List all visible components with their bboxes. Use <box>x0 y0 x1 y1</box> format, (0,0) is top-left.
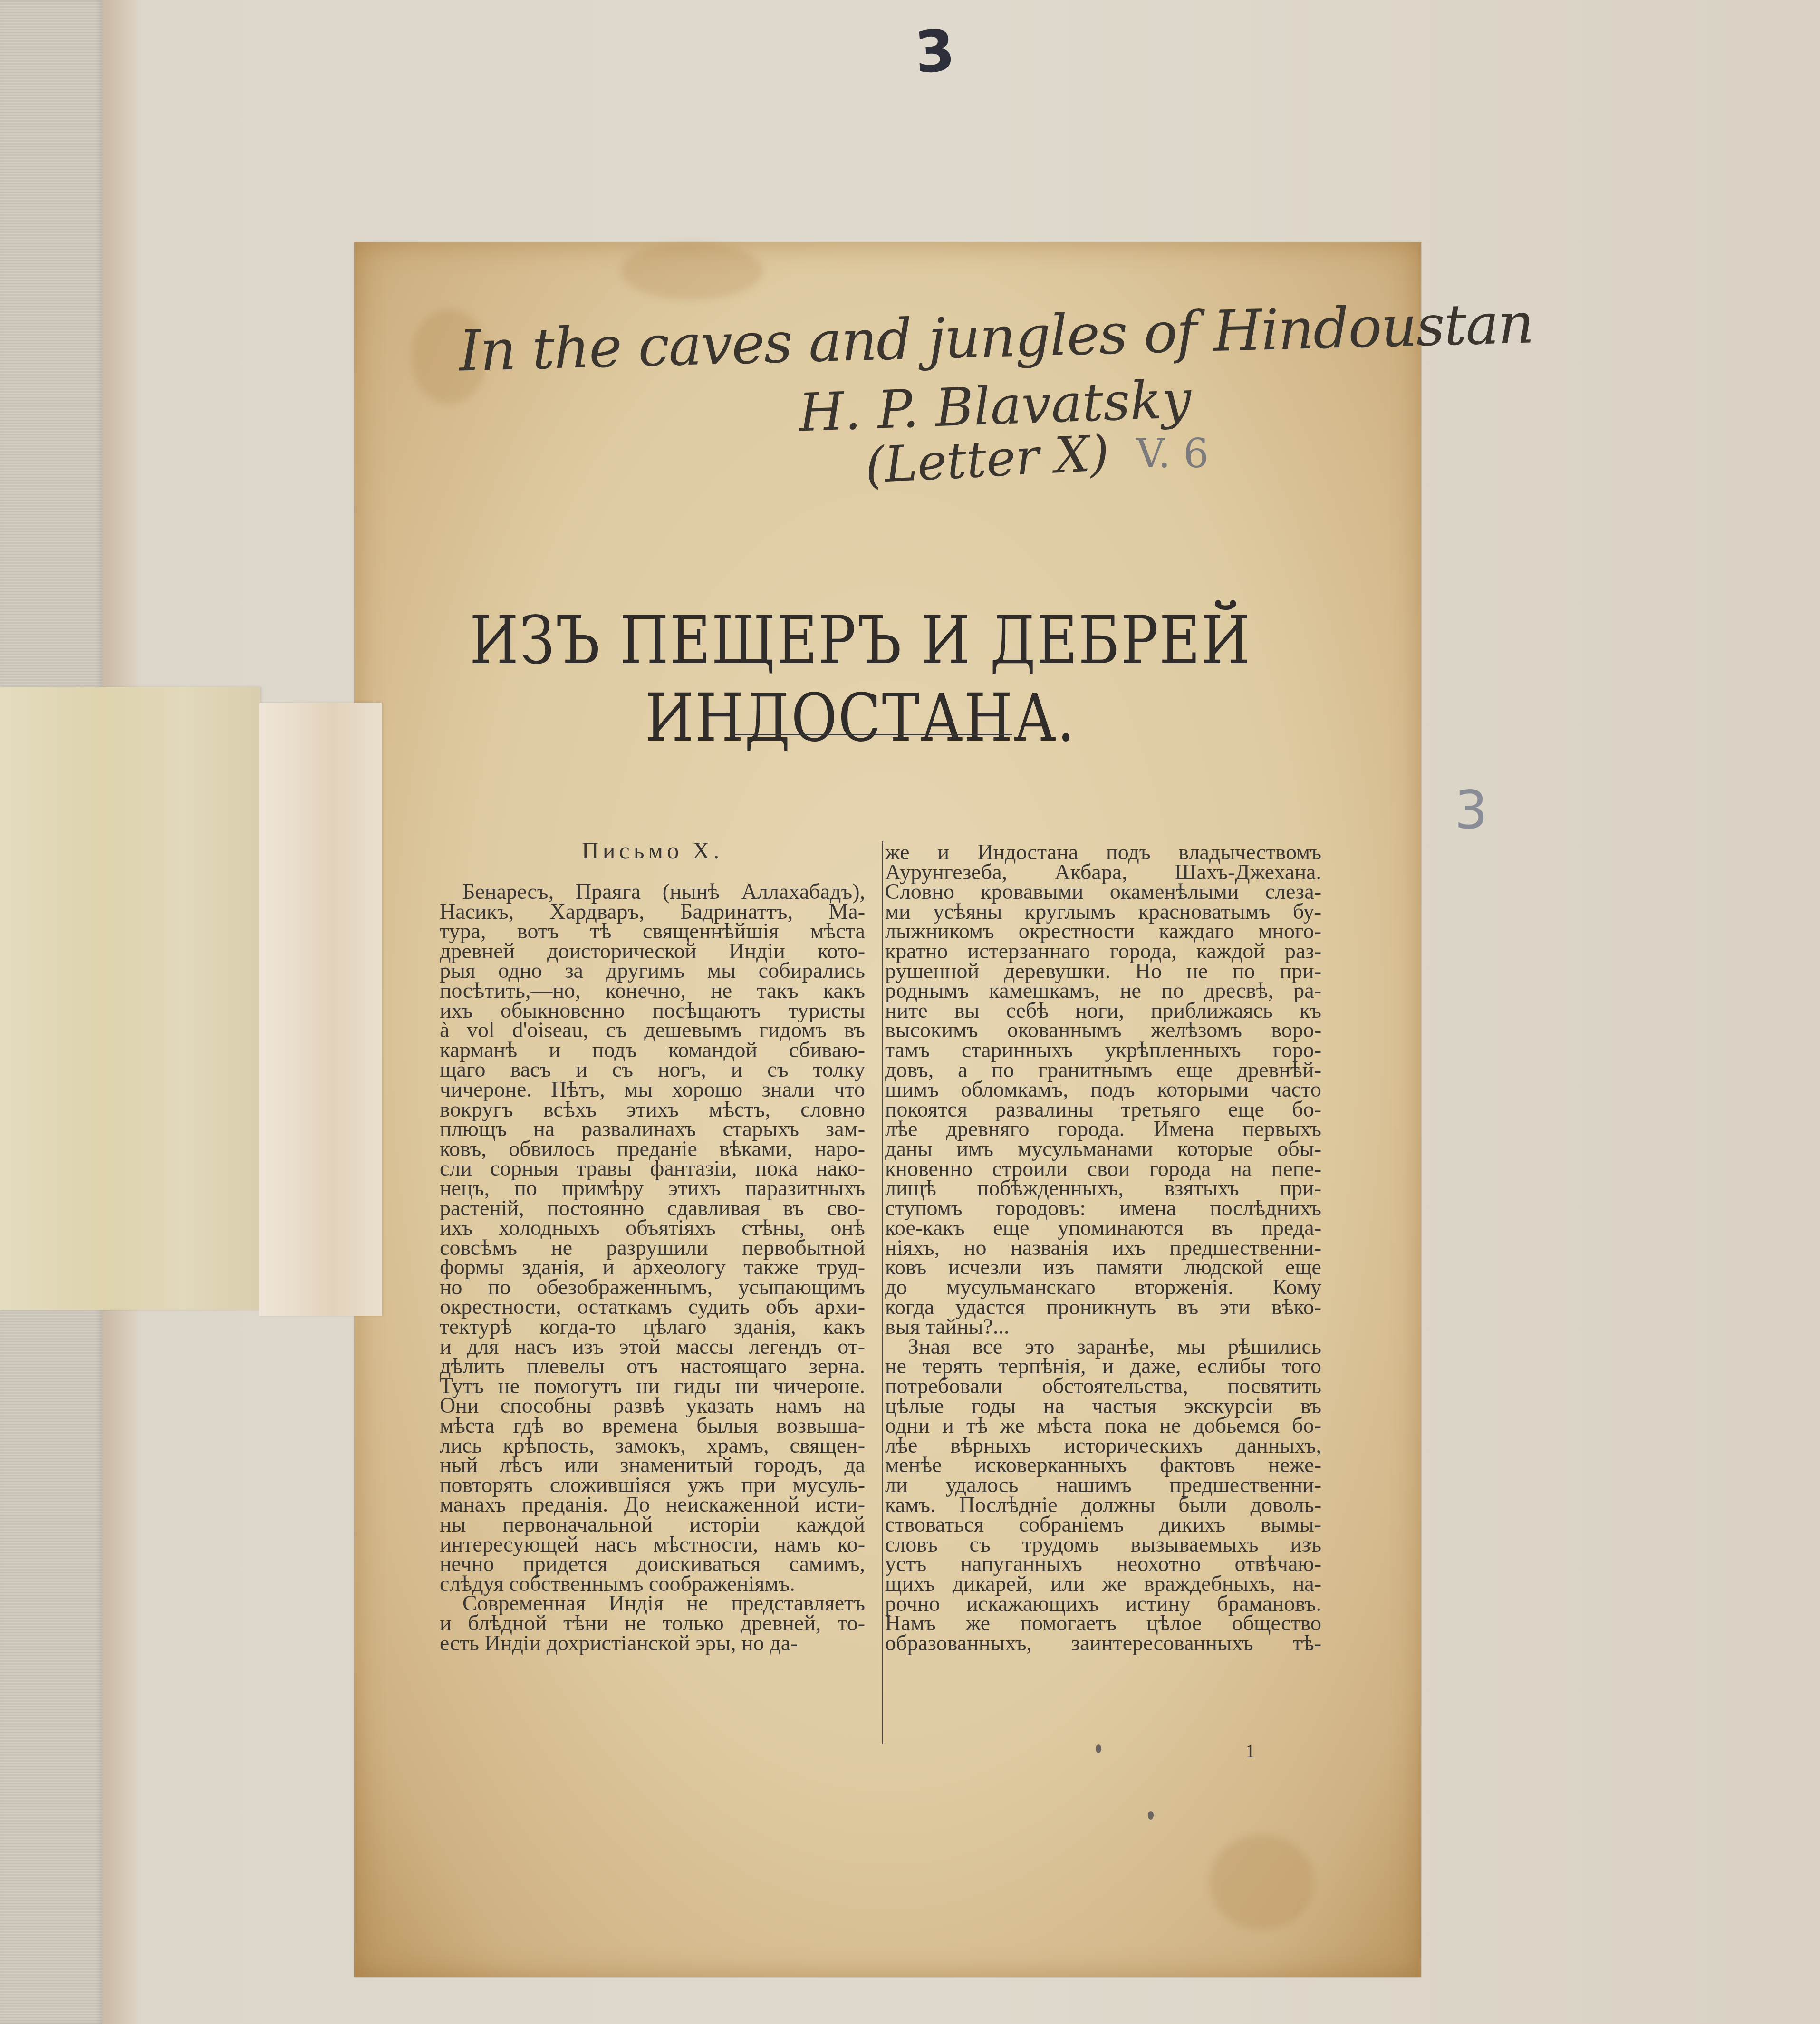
text-line: тектурѣ когда-то цѣлаго зданія, какъ <box>440 1317 865 1337</box>
text-line: довъ, а по гранитнымъ еще древнѣй- <box>885 1060 1321 1080</box>
text-line: Бенаресъ, Праяга (нынѣ Аллахабадъ), <box>440 882 865 902</box>
text-line: же и Индостана подъ владычествомъ <box>885 842 1321 862</box>
text-line: одни и тѣ же мѣста пока не добьемся бо- <box>885 1416 1321 1436</box>
right-column: же и Индостана подъ владычествомъАурунге… <box>885 842 1321 1653</box>
text-line: Словно кровавыми окаменѣлыми слеза- <box>885 882 1321 902</box>
text-line: когда удастся проникнуть въ эти вѣко- <box>885 1297 1321 1317</box>
text-line: образованныхъ, заинтересованныхъ тѣ- <box>885 1633 1321 1653</box>
text-line: ны первоначальной исторіи каждой <box>440 1514 865 1534</box>
text-line: Зная все это заранѣе, мы рѣшились <box>885 1337 1321 1357</box>
text-line: интересующей насъ мѣстности, намъ ко- <box>440 1534 865 1554</box>
text-line: формы зданія, и археологу также труд- <box>440 1257 865 1277</box>
text-line: даны имъ мусульманами которые обы- <box>885 1139 1321 1159</box>
page-footer-number: 1 <box>1245 1740 1255 1762</box>
text-line: роднымъ камешкамъ, не по дресвѣ, ра- <box>885 981 1321 1001</box>
text-line: выя тайны?... <box>885 1317 1321 1337</box>
text-line: устъ напуганныхъ неохотно отвѣчаю- <box>885 1554 1321 1574</box>
text-line: ми усѣяны круглымъ красноватымъ бу- <box>885 902 1321 922</box>
text-line: карманѣ и подъ командой сбиваю- <box>440 1040 865 1060</box>
text-line: Они способны развѣ указать намъ на <box>440 1396 865 1416</box>
text-line: до мусульманскаго вторженія. Кому <box>885 1277 1321 1297</box>
text-line: растеній, постоянно сдавливая въ сво- <box>440 1198 865 1218</box>
printed-title: ИЗЪ ПЕЩЕРЪ И ДЕБРЕЙ ИНДОСТАНА. <box>456 601 1264 756</box>
text-line: совсѣмъ не разрушили первобытной <box>440 1238 865 1258</box>
text-line: но по обезображеннымъ, усыпающимъ <box>440 1277 865 1297</box>
text-line: ніяхъ, но названія ихъ предшественни- <box>885 1238 1321 1258</box>
text-line: кое-какъ еще упоминаются въ преда- <box>885 1218 1321 1238</box>
text-line: рыя одно за другимъ мы собирались <box>440 961 865 981</box>
text-line: манахъ преданія. До неискаженной исти- <box>440 1494 865 1514</box>
text-line: ихъ обыкновенно посѣщаютъ туристы <box>440 1001 865 1021</box>
text-line: Насикъ, Хардваръ, Бадринаттъ, Ма- <box>440 902 865 922</box>
text-line: ствоваться собраніемъ дикихъ вымы- <box>885 1514 1321 1534</box>
folded-flap <box>0 687 260 1310</box>
text-line: ковъ исчезли изъ памяти людской еще <box>885 1257 1321 1277</box>
text-line: лѣе древняго города. Имена первыхъ <box>885 1119 1321 1139</box>
text-line: à vol d'oiseau, съ дешевымъ гидомъ въ <box>440 1020 865 1040</box>
text-line: камъ. Послѣдніе должны были доволь- <box>885 1495 1321 1515</box>
folded-flap-edge <box>259 703 382 1316</box>
text-line: кновенно строили свои города на пепе- <box>885 1159 1321 1179</box>
page-number-top: 3 <box>913 18 957 86</box>
text-line: дѣлить плевелы отъ настоящаго зерна. <box>440 1356 865 1376</box>
column-divider <box>882 841 883 1744</box>
text-line: Намъ же помогаетъ цѣлое общество <box>885 1613 1321 1633</box>
text-line: словъ съ трудомъ вызываемыхъ изъ <box>885 1534 1321 1554</box>
page-number-margin: 3 <box>1454 780 1488 840</box>
text-line: лыжникомъ окрестности каждаго много- <box>885 921 1321 941</box>
text-line: Современная Индія не представляетъ <box>440 1593 865 1613</box>
ink-spot <box>1148 1811 1154 1820</box>
text-line: ните вы себѣ ноги, приближаясь къ <box>885 1001 1321 1021</box>
text-line: тура, вотъ тѣ священнѣйшія мѣста <box>440 921 865 941</box>
text-line: щаго васъ и съ ногъ, и съ толку <box>440 1060 865 1079</box>
text-line: ихъ холодныхъ объятіяхъ стѣны, онѣ <box>440 1218 865 1238</box>
text-line: вокругъ всѣхъ этихъ мѣстъ, словно <box>440 1099 865 1119</box>
text-line: цѣлые годы на частыя экскурсіи въ <box>885 1396 1321 1416</box>
text-line: нецъ, по примѣру этихъ паразитныхъ <box>440 1178 865 1198</box>
title-rule <box>732 734 1012 735</box>
text-line: лищѣ побѣжденныхъ, взятыхъ при- <box>885 1178 1321 1198</box>
text-line: плющъ на развалинахъ старыхъ зам- <box>440 1119 865 1139</box>
text-line: ковъ, обвилось преданіе вѣками, наро- <box>440 1139 865 1159</box>
text-line: ли удалось нашимъ предшественни- <box>885 1475 1321 1495</box>
text-line: кратно истерзаннаго города, каждой раз- <box>885 941 1321 961</box>
text-line: рочно искажающихъ истину брамановъ. <box>885 1594 1321 1614</box>
text-line: сли сорныя травы фантазіи, пока нако- <box>440 1158 865 1178</box>
handwritten-volume: V. 6 <box>1136 430 1209 477</box>
text-line: окрестности, остаткамъ судить объ архи- <box>440 1297 865 1317</box>
text-line: ступомъ городовъ: имена послѣднихъ <box>885 1198 1321 1218</box>
text-line: слѣдуя собственнымъ соображеніямъ. <box>440 1574 865 1594</box>
letter-heading: Письмо X. <box>440 837 865 864</box>
text-line: нечно придется доискиваться самимъ, <box>440 1554 865 1574</box>
text-line: щихъ дикарей, или же враждебныхъ, на- <box>885 1574 1321 1594</box>
text-line: покоятся развалины третьяго еще бо- <box>885 1099 1321 1119</box>
text-line: потребовали обстоятельства, посвятить <box>885 1376 1321 1396</box>
left-column: Бенаресъ, Праяга (нынѣ Аллахабадъ),Насик… <box>440 882 865 1653</box>
text-line: повторять сложившіяся ужъ при мусуль- <box>440 1475 865 1495</box>
text-line: не терять терпѣнія, и даже, еслибы того <box>885 1356 1321 1376</box>
text-line: Аурунгезеба, Акбара, Шахъ-Джехана. <box>885 862 1321 882</box>
stain <box>620 242 763 299</box>
text-line: чичероне. Нѣтъ, мы хорошо знали что <box>440 1079 865 1099</box>
text-line: тамъ старинныхъ укрѣпленныхъ горо- <box>885 1040 1321 1060</box>
text-line: есть Индіи дохристіанской эры, но да- <box>440 1633 865 1653</box>
text-line: рушенной деревушки. Но не по при- <box>885 961 1321 981</box>
text-line: посѣтить,—но, конечно, не такъ какъ <box>440 981 865 1001</box>
text-line: лѣе вѣрныхъ историческихъ данныхъ, <box>885 1436 1321 1455</box>
text-line: и для насъ изъ этой массы легендъ от- <box>440 1337 865 1357</box>
stain <box>1210 1835 1314 1930</box>
text-line: Тутъ не помогутъ ни гиды ни чичероне. <box>440 1376 865 1396</box>
text-line: лись крѣпость, замокъ, храмъ, священ- <box>440 1436 865 1455</box>
text-line: мѣста гдѣ во времена былыя возвыша- <box>440 1416 865 1436</box>
text-line: и блѣдной тѣни не только древней, то- <box>440 1613 865 1633</box>
text-line: менѣе исковерканныхъ фактовъ неже- <box>885 1455 1321 1475</box>
text-line: ный лѣсъ или знаменитый городъ, да <box>440 1455 865 1475</box>
text-line: шимъ обломкамъ, подъ которыми часто <box>885 1079 1321 1099</box>
ink-spot <box>1096 1744 1101 1753</box>
text-line: древней доисторической Индіи кото- <box>440 941 865 961</box>
text-line: высокимъ окованнымъ желѣзомъ воро- <box>885 1020 1321 1040</box>
